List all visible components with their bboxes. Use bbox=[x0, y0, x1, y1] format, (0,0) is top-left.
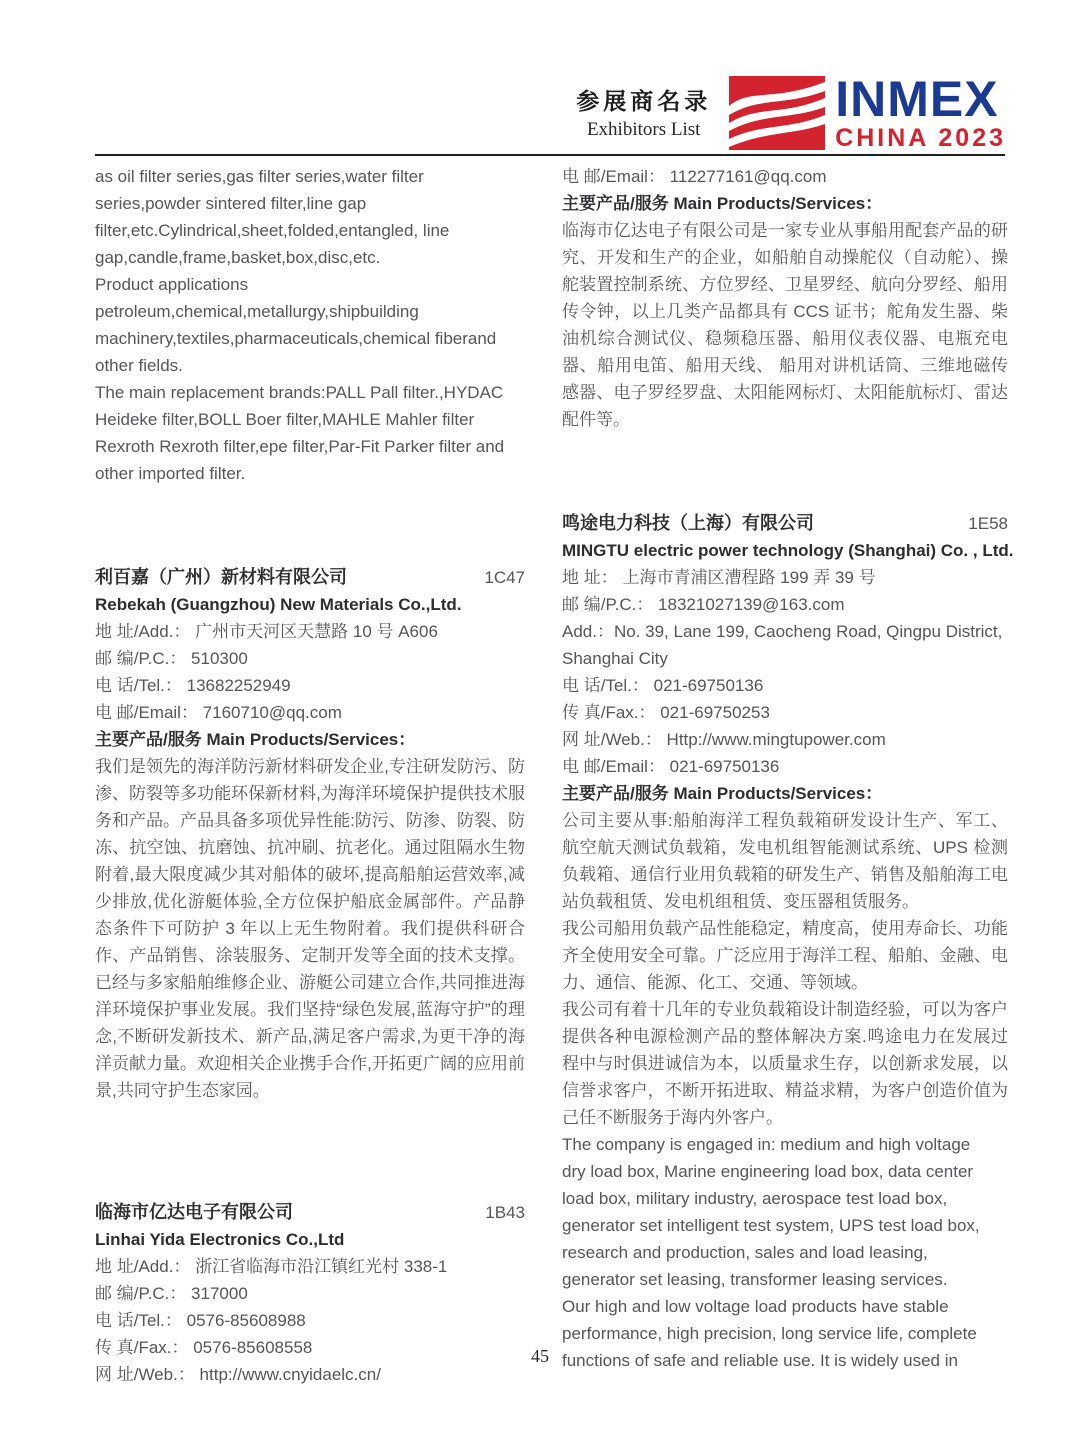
products-services-heading: 主要产品/服务 Main Products/Services： bbox=[562, 190, 1008, 217]
inmex-logo-name: INMEX bbox=[835, 76, 998, 122]
company-description-chinese: 我们是领先的海洋防污新材料研发企业,专注研发防污、防渗、防裂等多功能环保新材料,… bbox=[95, 753, 525, 1104]
company-contact-lines: 地 址： 上海市青浦区漕程路 199 弄 39 号 邮 编/P.C.： 1832… bbox=[562, 564, 1008, 780]
company-name-chinese: 临海市亿达电子有限公司 bbox=[95, 1199, 293, 1226]
continued-description-yida: 临海市亿达电子有限公司是一家专业从事船用配套产品的研究、开发和生产的企业，如船舶… bbox=[562, 217, 1008, 433]
company-name-english: MINGTU electric power technology (Shangh… bbox=[562, 537, 1008, 564]
company-header: 临海市亿达电子有限公司 1B43 bbox=[95, 1199, 525, 1226]
products-services-heading: 主要产品/服务 Main Products/Services： bbox=[562, 780, 1008, 807]
inmex-logo-year: CHINA 2023 bbox=[835, 124, 1006, 153]
company-description-english: The company is engaged in: medium and hi… bbox=[562, 1131, 1008, 1374]
right-column: 电 邮/Email： 112277161@qq.com 主要产品/服务 Main… bbox=[562, 163, 1008, 1374]
page-title-chinese: 参展商名录 bbox=[576, 83, 711, 116]
company-mingtu: 鸣途电力科技（上海）有限公司 1E58 MINGTU electric powe… bbox=[562, 510, 1008, 1374]
booth-number: 1E58 bbox=[968, 510, 1008, 537]
company-name-english: Rebekah (Guangzhou) New Materials Co.,Lt… bbox=[95, 591, 525, 618]
page-number: 45 bbox=[0, 1346, 1080, 1367]
company-name-chinese: 鸣途电力科技（上海）有限公司 bbox=[562, 510, 814, 537]
products-services-heading: 主要产品/服务 Main Products/Services： bbox=[95, 726, 525, 753]
inmex-logo-text: INMEX CHINA 2023 bbox=[835, 76, 1006, 153]
header-divider bbox=[95, 154, 1005, 156]
company-name-chinese: 利百嘉（广州）新材料有限公司 bbox=[95, 564, 347, 591]
left-column: as oil filter series,gas filter series,w… bbox=[95, 163, 525, 1388]
continued-contact-lines: 电 邮/Email： 112277161@qq.com bbox=[562, 163, 1008, 190]
directory-page: 参展商名录 Exhibitors List INMEX CHINA 2023 a… bbox=[0, 0, 1080, 1456]
page-header: 参展商名录 Exhibitors List INMEX CHINA 2023 bbox=[576, 76, 1006, 153]
company-name-english: Linhai Yida Electronics Co.,Ltd bbox=[95, 1226, 525, 1253]
continued-description-filters: as oil filter series,gas filter series,w… bbox=[95, 163, 525, 487]
page-title-english: Exhibitors List bbox=[576, 119, 711, 141]
inmex-waves-icon bbox=[729, 76, 825, 150]
company-contact-lines: 地 址/Add.： 广州市天河区天慧路 10 号 A606 邮 编/P.C.： … bbox=[95, 618, 525, 726]
company-rebekah: 利百嘉（广州）新材料有限公司 1C47 Rebekah (Guangzhou) … bbox=[95, 564, 525, 1104]
company-header: 利百嘉（广州）新材料有限公司 1C47 bbox=[95, 564, 525, 591]
inmex-logo: INMEX CHINA 2023 bbox=[729, 76, 1006, 153]
booth-number: 1B43 bbox=[485, 1199, 525, 1226]
company-description-chinese: 公司主要从事:船舶海洋工程负载箱研发设计生产、军工、航空航天测试负载箱，发电机组… bbox=[562, 807, 1008, 1131]
header-titles: 参展商名录 Exhibitors List bbox=[576, 83, 711, 147]
company-contact-lines: 地 址/Add.： 浙江省临海市沿江镇红光村 338-1 邮 编/P.C.： 3… bbox=[95, 1253, 525, 1388]
booth-number: 1C47 bbox=[484, 564, 525, 591]
company-header: 鸣途电力科技（上海）有限公司 1E58 bbox=[562, 510, 1008, 537]
